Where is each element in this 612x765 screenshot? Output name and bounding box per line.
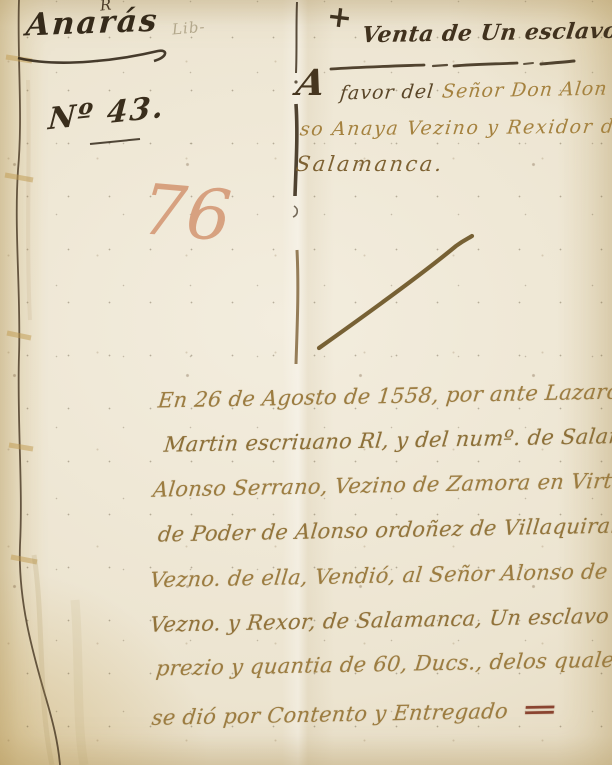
dedication-line-1-dark: favor del <box>339 81 435 105</box>
body-line: Martin escriuano Rl, y del numº. de Sala… <box>163 423 612 457</box>
body-line-last: se dió por Contento y Entregado= <box>151 694 553 731</box>
paper-wrinkles <box>28 80 84 765</box>
anaras-name-mark: Anarás <box>25 3 160 44</box>
dedication-line-2: so Anaya Vezino y Rexidor de <box>299 116 612 141</box>
dedication-line-3: Salamanca. <box>295 152 446 176</box>
invocation-cross-mark: + <box>325 0 354 36</box>
folio-number-red: 76 <box>139 168 235 257</box>
binding-stitches <box>5 57 37 562</box>
title-underline <box>331 61 574 69</box>
manuscript-page: R Anarás Lib- Nº 43. 76 + Venta de Un es… <box>0 0 612 765</box>
body-line-last-text: se dió por Contento y Entregado <box>151 699 510 730</box>
document-number-mark: Nº 43. <box>47 90 166 138</box>
dedication-initial: A <box>293 62 328 104</box>
body-line: Vezno. y Rexor, de Salamanca, Un esclavo… <box>149 603 612 637</box>
document-title: Venta de Un esclavo <box>360 18 612 49</box>
anaras-underline <box>18 51 165 63</box>
numero-underline <box>90 139 140 144</box>
body-line: Alonso Serrano, Vezino de Zamora en Virt… <box>152 468 612 501</box>
dedication-line-1-gold: Señor Don Alon <box>441 78 609 103</box>
pencil-note: Lib- <box>171 18 206 39</box>
body-line: En 26 de Agosto de 1558, por ante Lazaro <box>157 380 612 413</box>
body-line: Vezno. de ella, Vendió, al Señor Alonso … <box>149 558 612 592</box>
body-line: prezio y quantia de 60, Ducs., delos qua… <box>155 647 612 680</box>
diagonal-pen-stroke <box>319 236 472 348</box>
paragraph-end-mark: = <box>519 694 561 724</box>
dedication-line-1: favor delSeñor Don Alon <box>339 78 609 105</box>
center-fold-line <box>293 2 298 364</box>
body-line: de Poder de Alonso ordoñez de Villaquira… <box>157 513 612 546</box>
